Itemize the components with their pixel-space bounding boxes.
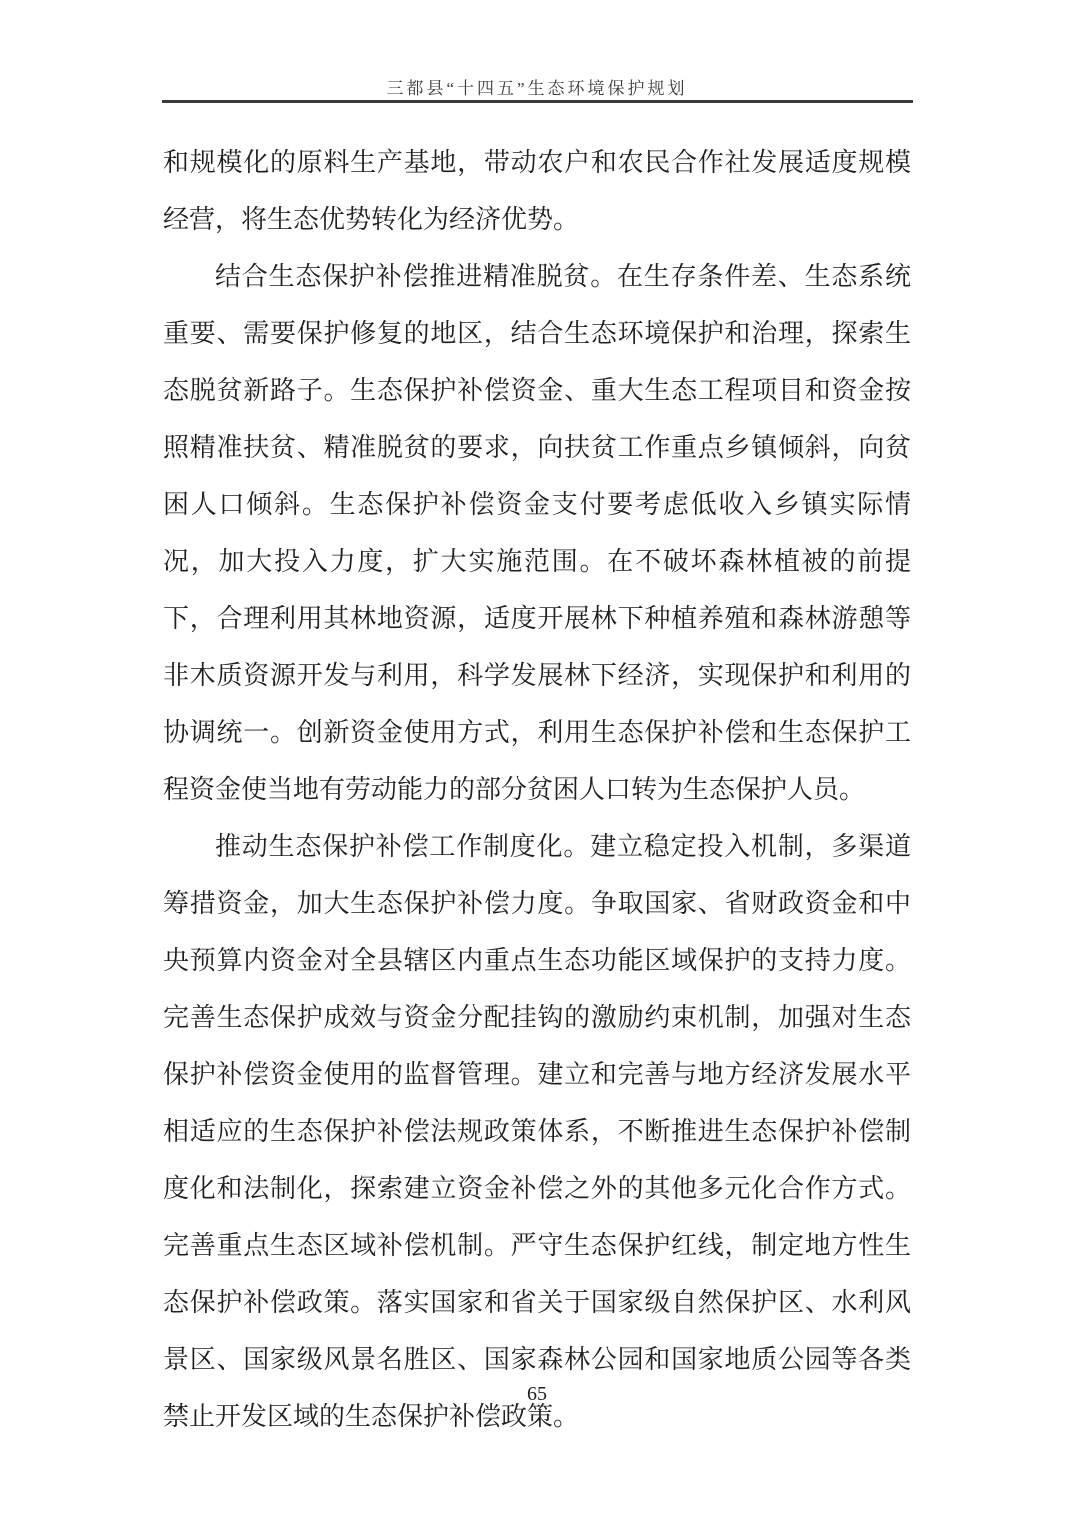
header-divider [162, 100, 913, 103]
document-body: 和规模化的原料生产基地，带动农户和农民合作社发展适度规模经营，将生态优势转化为经… [163, 134, 911, 1445]
body-paragraph: 推动生态保护补偿工作制度化。建立稳定投入机制，多渠道筹措资金，加大生态保护补偿力… [163, 818, 911, 1445]
document-page: 三都县“十四五”生态环境保护规划 和规模化的原料生产基地，带动农户和农民合作社发… [0, 0, 1074, 1520]
page-header-title: 三都县“十四五”生态环境保护规划 [0, 74, 1074, 99]
body-paragraph: 和规模化的原料生产基地，带动农户和农民合作社发展适度规模经营，将生态优势转化为经… [163, 134, 911, 248]
body-paragraph: 结合生态保护补偿推进精准脱贫。在生存条件差、生态系统重要、需要保护修复的地区，结… [163, 248, 911, 818]
page-number: 65 [0, 1383, 1074, 1406]
